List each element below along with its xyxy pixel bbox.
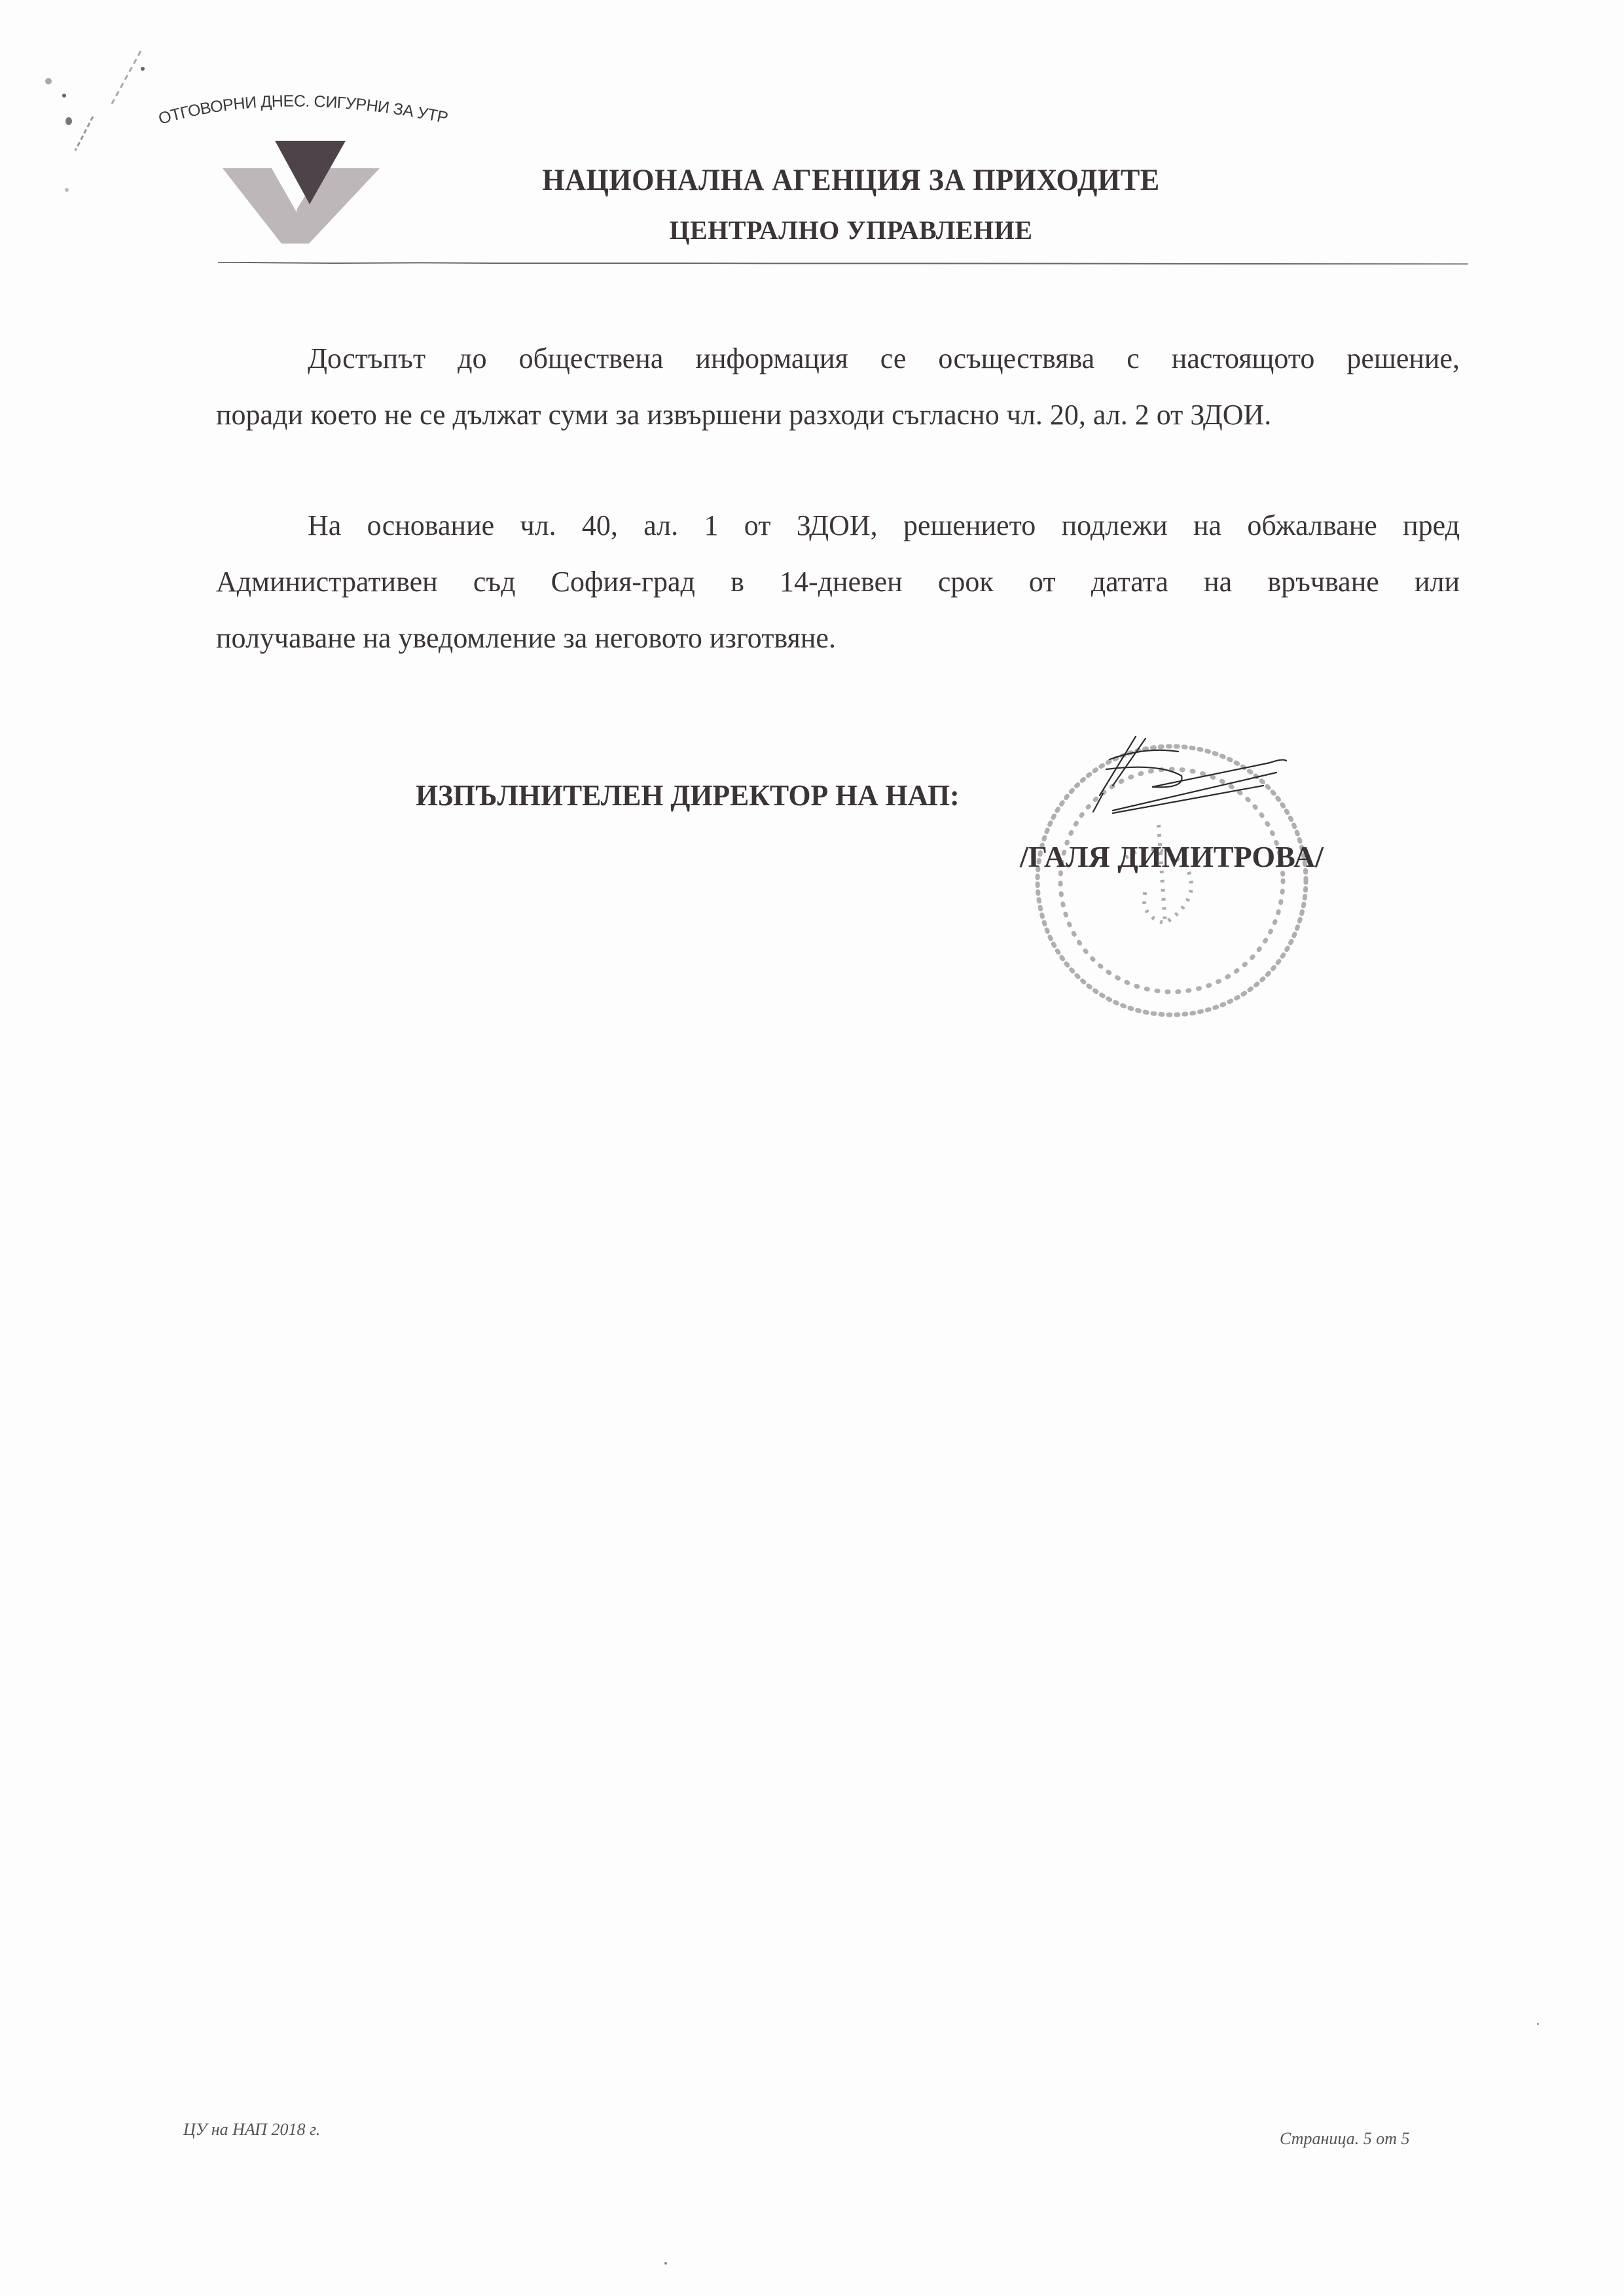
agency-department: ЦЕНТРАЛНО УПРАВЛЕНИЕ <box>458 215 1244 246</box>
paragraph-line: Достъпът до обществена информация се осъ… <box>216 331 1460 387</box>
nap-logo: ОТГОВОРНИ ДНЕС. СИГУРНИ ЗА УТРЕ. <box>151 92 465 262</box>
paragraph-line: получаване на уведомление за неговото из… <box>216 610 1460 666</box>
slogan-text: ОТГОВОРНИ ДНЕС. СИГУРНИ ЗА УТРЕ. <box>151 92 449 128</box>
paragraph-line: Административен съд София-град в 14-днев… <box>216 554 1460 610</box>
slogan-arc: ОТГОВОРНИ ДНЕС. СИГУРНИ ЗА УТРЕ. <box>151 92 465 262</box>
handwritten-signature-icon <box>1074 733 1322 838</box>
paragraph-appeal-info: На основание чл. 40, ал. 1 от ЗДОИ, реше… <box>216 498 1460 666</box>
scan-mark-icon <box>39 39 157 210</box>
paragraph-line: поради което не се дължат суми за извърш… <box>216 387 1460 443</box>
header-divider <box>218 262 1468 264</box>
director-title: ИЗПЪЛНИТЕЛЕН ДИРЕКТОР НА НАП: <box>416 778 960 812</box>
paragraph-access-info: Достъпът до обществена информация се осъ… <box>216 331 1460 443</box>
paragraph-line: На основание чл. 40, ал. 1 от ЗДОИ, реше… <box>216 498 1460 554</box>
agency-name: НАЦИОНАЛНА АГЕНЦИЯ ЗА ПРИХОДИТЕ <box>482 162 1220 198</box>
svg-text:ОТГОВОРНИ ДНЕС. СИГУРНИ ЗА УТР: ОТГОВОРНИ ДНЕС. СИГУРНИ ЗА УТРЕ. <box>151 92 449 128</box>
director-name: /ГАЛЯ ДИМИТРОВА/ <box>1020 839 1324 874</box>
footer-issuer: ЦУ на НАП 2018 г. <box>183 2120 320 2140</box>
footer-page-number: Страница. 5 от 5 <box>1280 2129 1409 2149</box>
nap-triangle-logo-icon <box>223 141 380 244</box>
